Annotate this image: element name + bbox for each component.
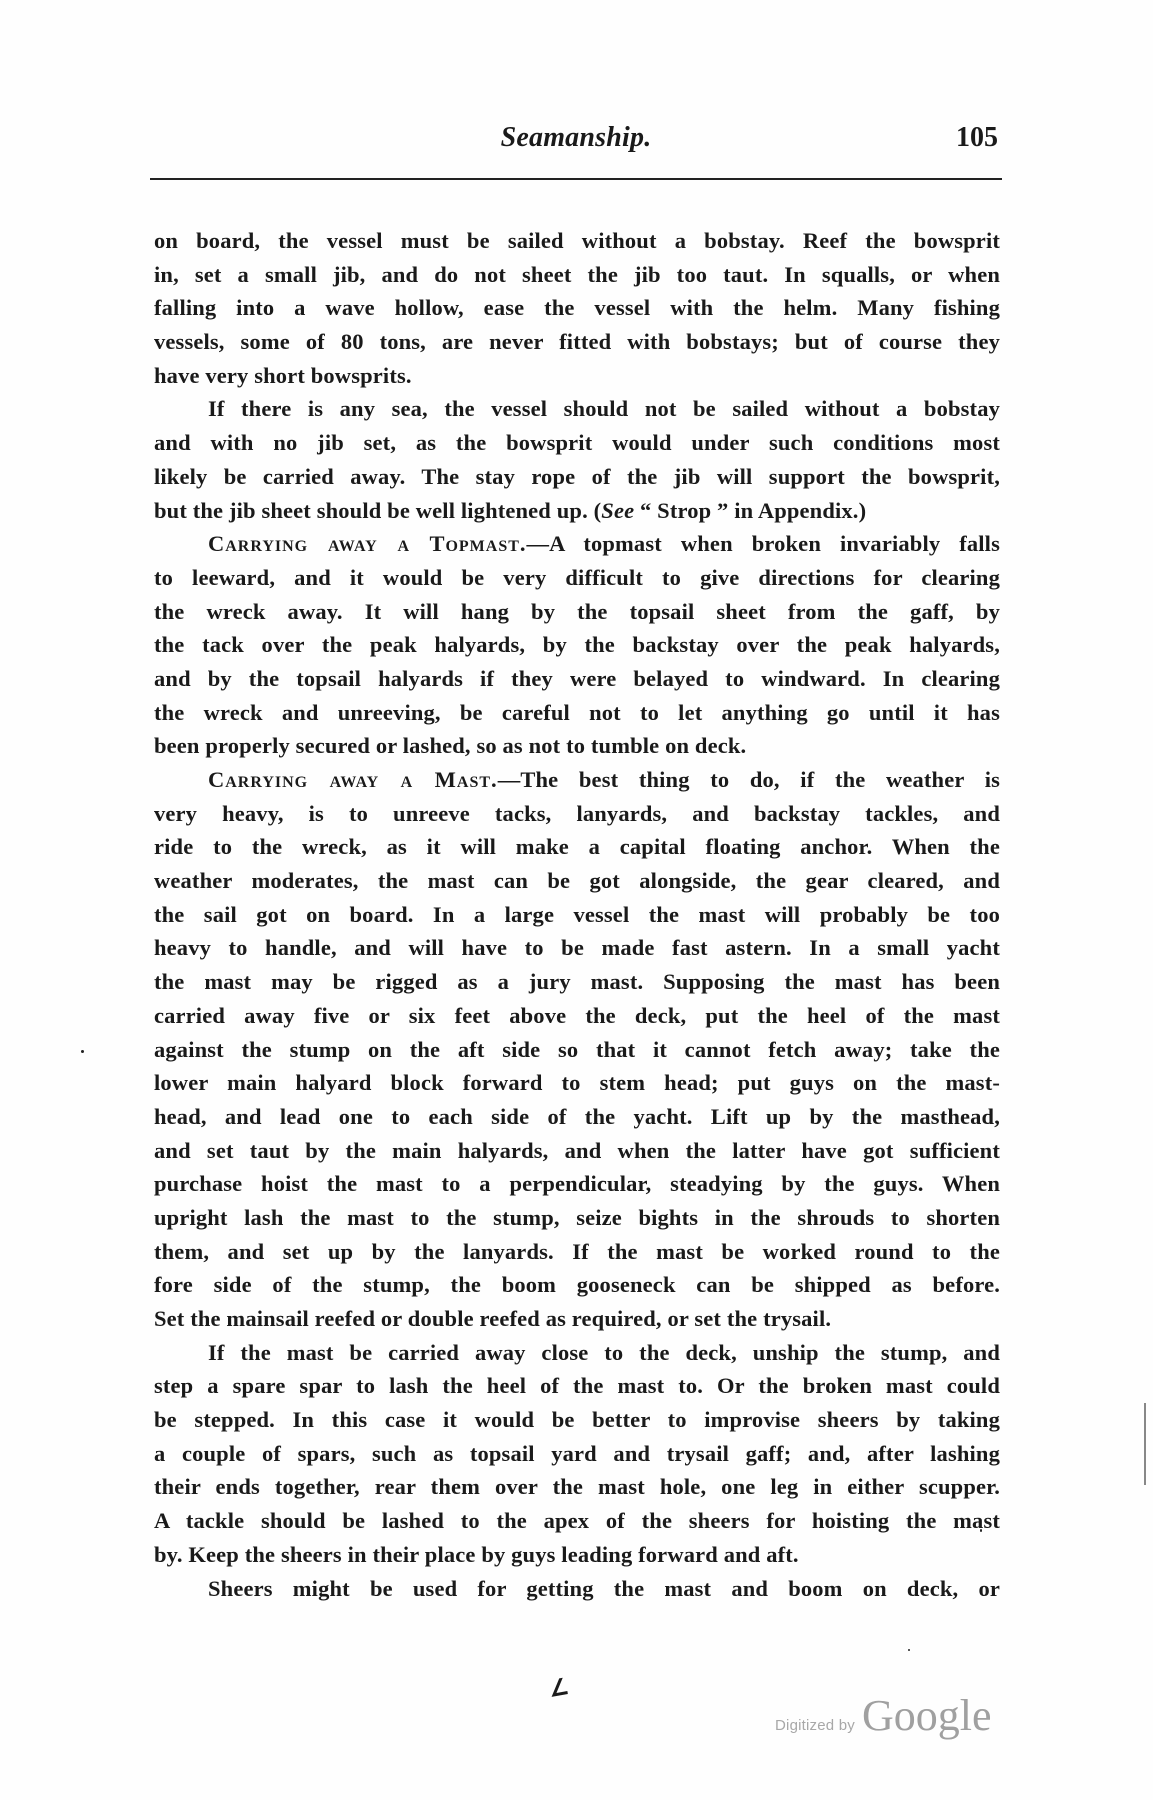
text-line: fore side of the stump, the boom goosene… (154, 1268, 1000, 1302)
header-rule (150, 178, 1002, 180)
body-text: on board, the vessel must be sailed with… (154, 224, 1000, 1605)
text-line: falling into a wave hollow, ease the ves… (154, 291, 1000, 325)
text-line: been properly secured or lashed, so as n… (154, 729, 1000, 763)
running-head: Seamanship. 105 (150, 122, 1002, 162)
text-line: the tack over the peak halyards, by the … (154, 628, 1000, 662)
google-logo-text: Google (862, 1691, 992, 1740)
digitized-by-google-watermark: Digitized by Google (775, 1690, 992, 1740)
text-line: step a spare spar to lash the heel of th… (154, 1369, 1000, 1403)
scan-edge-line (1144, 1403, 1146, 1485)
text-line: the mast may be rigged as a jury mast. S… (154, 965, 1000, 999)
scan-speck (908, 1649, 910, 1651)
text-line: and with no jib set, as the bowsprit wou… (154, 426, 1000, 460)
text-line: very heavy, is to unreeve tacks, lanyard… (154, 797, 1000, 831)
text-line: and set taut by the main halyards, and w… (154, 1134, 1000, 1168)
text-line: carried away five or six feet above the … (154, 999, 1000, 1033)
text-line: likely be carried away. The stay rope of… (154, 460, 1000, 494)
text-line: Sheers might be used for getting the mas… (154, 1572, 1000, 1606)
text-line: by. Keep the sheers in their place by gu… (154, 1538, 1000, 1572)
text-line: against the stump on the aft side so tha… (154, 1033, 1000, 1067)
text-line: If there is any sea, the vessel should n… (154, 392, 1000, 426)
text-span: —The best thing to do, if the weather is (498, 767, 1000, 792)
text-line: A tackle should be lashed to the apex of… (154, 1504, 1000, 1538)
text-line: the sail got on board. In a large vessel… (154, 898, 1000, 932)
text-line: purchase hoist the mast to a perpendicul… (154, 1167, 1000, 1201)
italic-see: See (601, 498, 634, 523)
text-line: If the mast be carried away close to the… (154, 1336, 1000, 1370)
text-line: Carrying away a Topmast.—A topmast when … (154, 527, 1000, 561)
text-line: the wreck and unreeving, be careful not … (154, 696, 1000, 730)
text-span: but the jib sheet should be well lighten… (154, 498, 601, 523)
page-number: 105 (956, 122, 998, 154)
text-line: Set the mainsail reefed or double reefed… (154, 1302, 1000, 1336)
text-line: weather moderates, the mast can be got a… (154, 864, 1000, 898)
text-line: and by the topsail halyards if they were… (154, 662, 1000, 696)
watermark-prefix: Digitized by (775, 1717, 855, 1734)
running-title: Seamanship. (150, 122, 1002, 154)
text-line: ride to the wreck, as it will make a cap… (154, 830, 1000, 864)
text-line: to leeward, and it would be very difficu… (154, 561, 1000, 595)
section-heading-topmast: Carrying away a Topmast. (208, 531, 527, 556)
text-span: “ Strop ” in Appendix.) (634, 498, 866, 523)
text-line: a couple of spars, such as topsail yard … (154, 1437, 1000, 1471)
text-line: on board, the vessel must be sailed with… (154, 224, 1000, 258)
text-line: vessels, some of 80 tons, are never fitt… (154, 325, 1000, 359)
scan-speck (980, 1529, 982, 1532)
text-line: head, and lead one to each side of the y… (154, 1100, 1000, 1134)
text-line: but the jib sheet should be well lighten… (154, 494, 1000, 528)
text-line: the wreck away. It will hang by the tops… (154, 595, 1000, 629)
text-line: Carrying away a Mast.—The best thing to … (154, 763, 1000, 797)
text-line: them, and set up by the lanyards. If the… (154, 1235, 1000, 1269)
text-line: in, set a small jib, and do not sheet th… (154, 258, 1000, 292)
section-heading-mast: Carrying away a Mast. (208, 767, 498, 792)
text-line: be stepped. In this case it would be bet… (154, 1403, 1000, 1437)
text-line: have very short bowsprits. (154, 359, 1000, 393)
book-page: Seamanship. 105 on board, the vessel mus… (0, 0, 1153, 1800)
text-line: lower main halyard block forward to stem… (154, 1066, 1000, 1100)
text-line: upright lash the mast to the stump, seiz… (154, 1201, 1000, 1235)
text-line: their ends together, rear them over the … (154, 1470, 1000, 1504)
text-span: —A topmast when broken invariably falls (527, 531, 1000, 556)
scan-speck (81, 1050, 84, 1053)
ink-mark: ∠ (547, 1673, 571, 1702)
text-line: heavy to handle, and will have to be mad… (154, 931, 1000, 965)
